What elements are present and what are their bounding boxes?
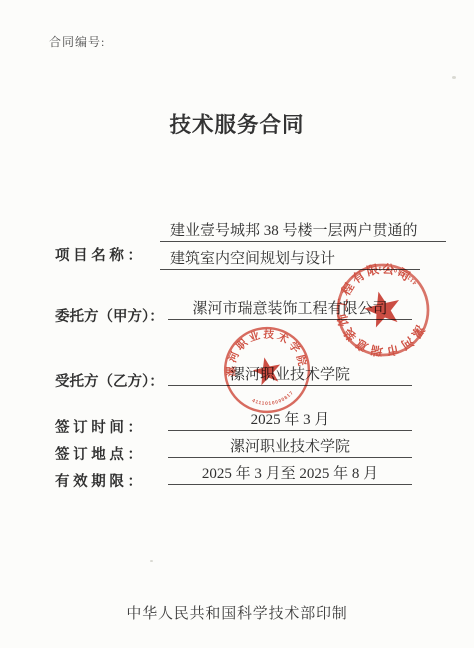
project-name-value-line2: 建筑室内空间规划与设计 xyxy=(160,250,420,270)
scan-speck xyxy=(452,76,456,79)
valid-period-value: 2025 年 3 月至 2025 年 8 月 xyxy=(168,465,412,485)
scan-speck xyxy=(150,560,153,562)
contract-document-page: 合同编号: 技术服务合同 项 目 名 称 ： 建业壹号城邦 38 号楼一层两户贯… xyxy=(0,0,474,648)
svg-text:4111010000817: 4111010000817 xyxy=(250,389,297,411)
document-title: 技术服务合同 xyxy=(0,108,474,139)
client-label: 委托方（甲方）： xyxy=(55,305,164,326)
scan-speck xyxy=(296,129,299,132)
footer-imprint: 中华人民共和国科学技术部印制 xyxy=(0,602,474,623)
valid-period-label: 有 效 期 限 ： xyxy=(55,470,142,491)
contract-number-label: 合同编号: xyxy=(49,33,105,50)
sign-date-label: 签 订 时 间 ： xyxy=(55,416,142,437)
client-value: 漯河市瑞意装饰工程有限公司 xyxy=(168,300,412,320)
contractor-value: 漯河职业技术学院 xyxy=(168,366,412,386)
sign-place-value: 漯河职业技术学院 xyxy=(168,438,412,458)
contractor-label: 受托方（乙方）： xyxy=(55,370,164,391)
school-seal-serial: 4111010000817 xyxy=(250,389,297,411)
project-name-value-line1: 建业壹号城邦 38 号楼一层两户贯通的 xyxy=(160,222,446,242)
sign-date-value: 2025 年 3 月 xyxy=(168,411,412,431)
project-name-label: 项 目 名 称 ： xyxy=(55,244,142,265)
sign-place-label: 签 订 地 点 ： xyxy=(55,443,142,464)
